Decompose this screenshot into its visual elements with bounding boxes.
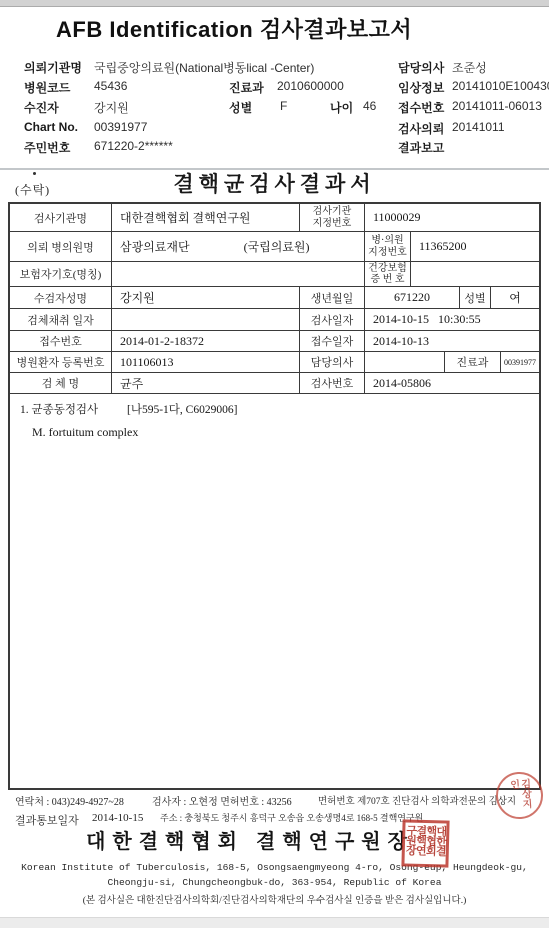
clinical-info-value: 20141010E100430	[452, 79, 549, 93]
request-date-label: 검사의뢰	[398, 120, 444, 137]
cell-value: 강지원	[112, 287, 300, 308]
cell-label: 접수번호	[10, 331, 112, 351]
table-row-receipt: 접수번호 2014-01-2-18372 접수일자 2014-10-13	[10, 331, 539, 352]
receipt-no-value: 20141011-06013	[452, 99, 542, 113]
cell-dept-value: 00391977	[501, 352, 539, 372]
cell-label2: 병·의원 지정번호	[365, 232, 411, 261]
cell-label2: 건강보험 증 번 호	[365, 262, 411, 286]
requester-value: 국립중앙의료원(National병동lical -Center)	[94, 59, 314, 76]
result-test-name: 1. 균종동정검사	[20, 404, 98, 416]
cell-dept-label: 진료과	[445, 352, 501, 372]
doctor-label: 담당의사	[398, 59, 444, 76]
contact-phone: 연락처 : 043)249-4927~28	[15, 793, 124, 808]
table-row-specimen: 검 체 명 균주 검사번호 2014-05806	[10, 373, 539, 394]
age-value: 46	[363, 99, 376, 113]
request-date-value: 20141011	[452, 120, 505, 134]
notify-date-value: 2014-10-15	[92, 812, 143, 824]
cell-value2: 2014-10-15 10:30:55	[365, 309, 539, 330]
report-form-title: 결핵균검사결과서	[0, 168, 549, 198]
hospital-code-value: 45436	[94, 79, 127, 93]
examiner-seal-text: 김상지인	[507, 778, 531, 813]
cell-value: 삼광의료재단 (국립의료원)	[112, 232, 365, 261]
cell-label2: 검사기관 지정번호	[300, 204, 365, 231]
address-english-line2: Cheongju-si, Chungcheongbuk-do, 363-954,…	[0, 877, 549, 888]
requester-label: 의뢰기관명	[24, 59, 82, 76]
cell-value: 균주	[112, 373, 300, 393]
cell-value2	[411, 262, 539, 286]
address-korean: 주소 : 충청북도 청주시 흥덕구 오송읍 오송생명4로 168-5 결핵연구원	[160, 811, 423, 824]
sex-value: F	[280, 99, 287, 113]
cell-doctor-value	[365, 352, 445, 372]
patient-label: 수진자	[24, 99, 59, 116]
cell-value2: 2014-10-13	[365, 331, 539, 351]
dept-label: 진료과	[229, 79, 264, 96]
cell-label: 병원환자 등록번호	[10, 352, 112, 372]
page-title: AFB Identification 검사결과보고서	[56, 13, 412, 44]
sex-label: 성별	[229, 99, 252, 116]
table-row-patient-id: 병원환자 등록번호 101106013 담당의사 진료과 00391977	[10, 352, 539, 373]
cell-label: 의뢰 병의원명	[10, 232, 112, 261]
director-seal-stamp: 대한결핵협회결핵연구원장	[401, 819, 449, 867]
cell-value: 101106013	[112, 352, 300, 372]
cell-value2: 11365200	[411, 232, 539, 261]
cell-label2: 담당의사	[300, 352, 365, 372]
table-row-insurer: 보험자기호(명칭) 건강보험 증 번 호	[10, 262, 539, 287]
table-row-examinee: 수검자성명 강지원 생년월일 671220 성별 여	[10, 287, 539, 309]
cell-value2: 11000029	[365, 204, 539, 231]
clinic-name: 삼광의료재단	[120, 238, 190, 255]
cell-label: 검 체 명	[10, 373, 112, 393]
result-form-table: 검사기관명 대한결핵협회 결핵연구원 검사기관 지정번호 11000029 의뢰…	[8, 202, 541, 790]
cell-value: 대한결핵협회 결핵연구원	[112, 204, 300, 231]
clinical-info-label: 임상정보	[398, 79, 444, 96]
cell-label2: 검사번호	[300, 373, 365, 393]
cell-label2: 접수일자	[300, 331, 365, 351]
doctor-value: 조준성	[452, 59, 487, 76]
table-row-collection-date: 검체채취 일자 검사일자 2014-10-15 10:30:55	[10, 309, 539, 331]
cell-label2: 생년월일	[300, 287, 365, 308]
cell-sex-label: 성별	[460, 287, 491, 308]
cell-value	[112, 309, 300, 330]
receipt-no-label: 접수번호	[398, 99, 444, 116]
ssn-label: 주민번호	[24, 139, 70, 156]
result-test-code: [나595-1다, C6029006]	[127, 404, 237, 416]
cell-sex-value: 여	[491, 287, 539, 308]
dept-value: 2010600000	[277, 79, 344, 93]
top-gray-bar	[0, 0, 549, 7]
clinic-note: (국립의료원)	[244, 238, 310, 255]
director-seal-text: 대한결핵협회결핵연구원장	[405, 824, 446, 863]
license-info: 면허번호 제707호 진단검사 의학과전문의 김상지	[318, 793, 516, 807]
cell-label: 검체채취 일자	[10, 309, 112, 330]
scanned-report-page: { "colors": { "stamp_red": "#b62c20", "c…	[0, 0, 549, 928]
cell-label2: 검사일자	[300, 309, 365, 330]
cell-label: 보험자기호(명칭)	[10, 262, 112, 286]
chart-no-label: Chart No.	[24, 120, 78, 134]
result-section: 1. 균종동정검사 [나595-1다, C6029006] M. fortuit…	[10, 394, 539, 792]
cell-birthdate: 671220	[365, 287, 460, 308]
chart-no-value: 00391977	[94, 120, 147, 134]
accreditation-note: (본 검사실은 대한진단검사의학회/진단검사의학재단의 우수검사실 인증을 받은…	[0, 892, 549, 906]
result-organism: M. fortuitum complex	[32, 425, 529, 440]
patient-value: 강지원	[94, 99, 129, 116]
cell-value	[112, 262, 365, 286]
cell-label: 수검자성명	[10, 287, 112, 308]
hospital-code-label: 병원코드	[24, 79, 70, 96]
cell-value2: 2014-05806	[365, 373, 539, 393]
table-row-clinic: 의뢰 병의원명 삼광의료재단 (국립의료원) 병·의원 지정번호 1136520…	[10, 232, 539, 262]
cell-label: 검사기관명	[10, 204, 112, 231]
address-english-line1: Korean Institute of Tuberculosis, 168-5,…	[0, 862, 549, 873]
report-date-label: 결과보고	[398, 139, 444, 156]
bottom-gray-bar	[0, 917, 549, 928]
result-test-line: 1. 균종동정검사 [나595-1다, C6029006]	[20, 401, 529, 417]
table-row-test-org: 검사기관명 대한결핵협회 결핵연구원 검사기관 지정번호 11000029	[10, 204, 539, 232]
ssn-value: 671220-2******	[94, 139, 173, 153]
cell-value: 2014-01-2-18372	[112, 331, 300, 351]
age-label: 나이	[330, 99, 353, 116]
examiner-info: 검사자 : 오현정 면허번호 : 43256	[152, 793, 292, 808]
